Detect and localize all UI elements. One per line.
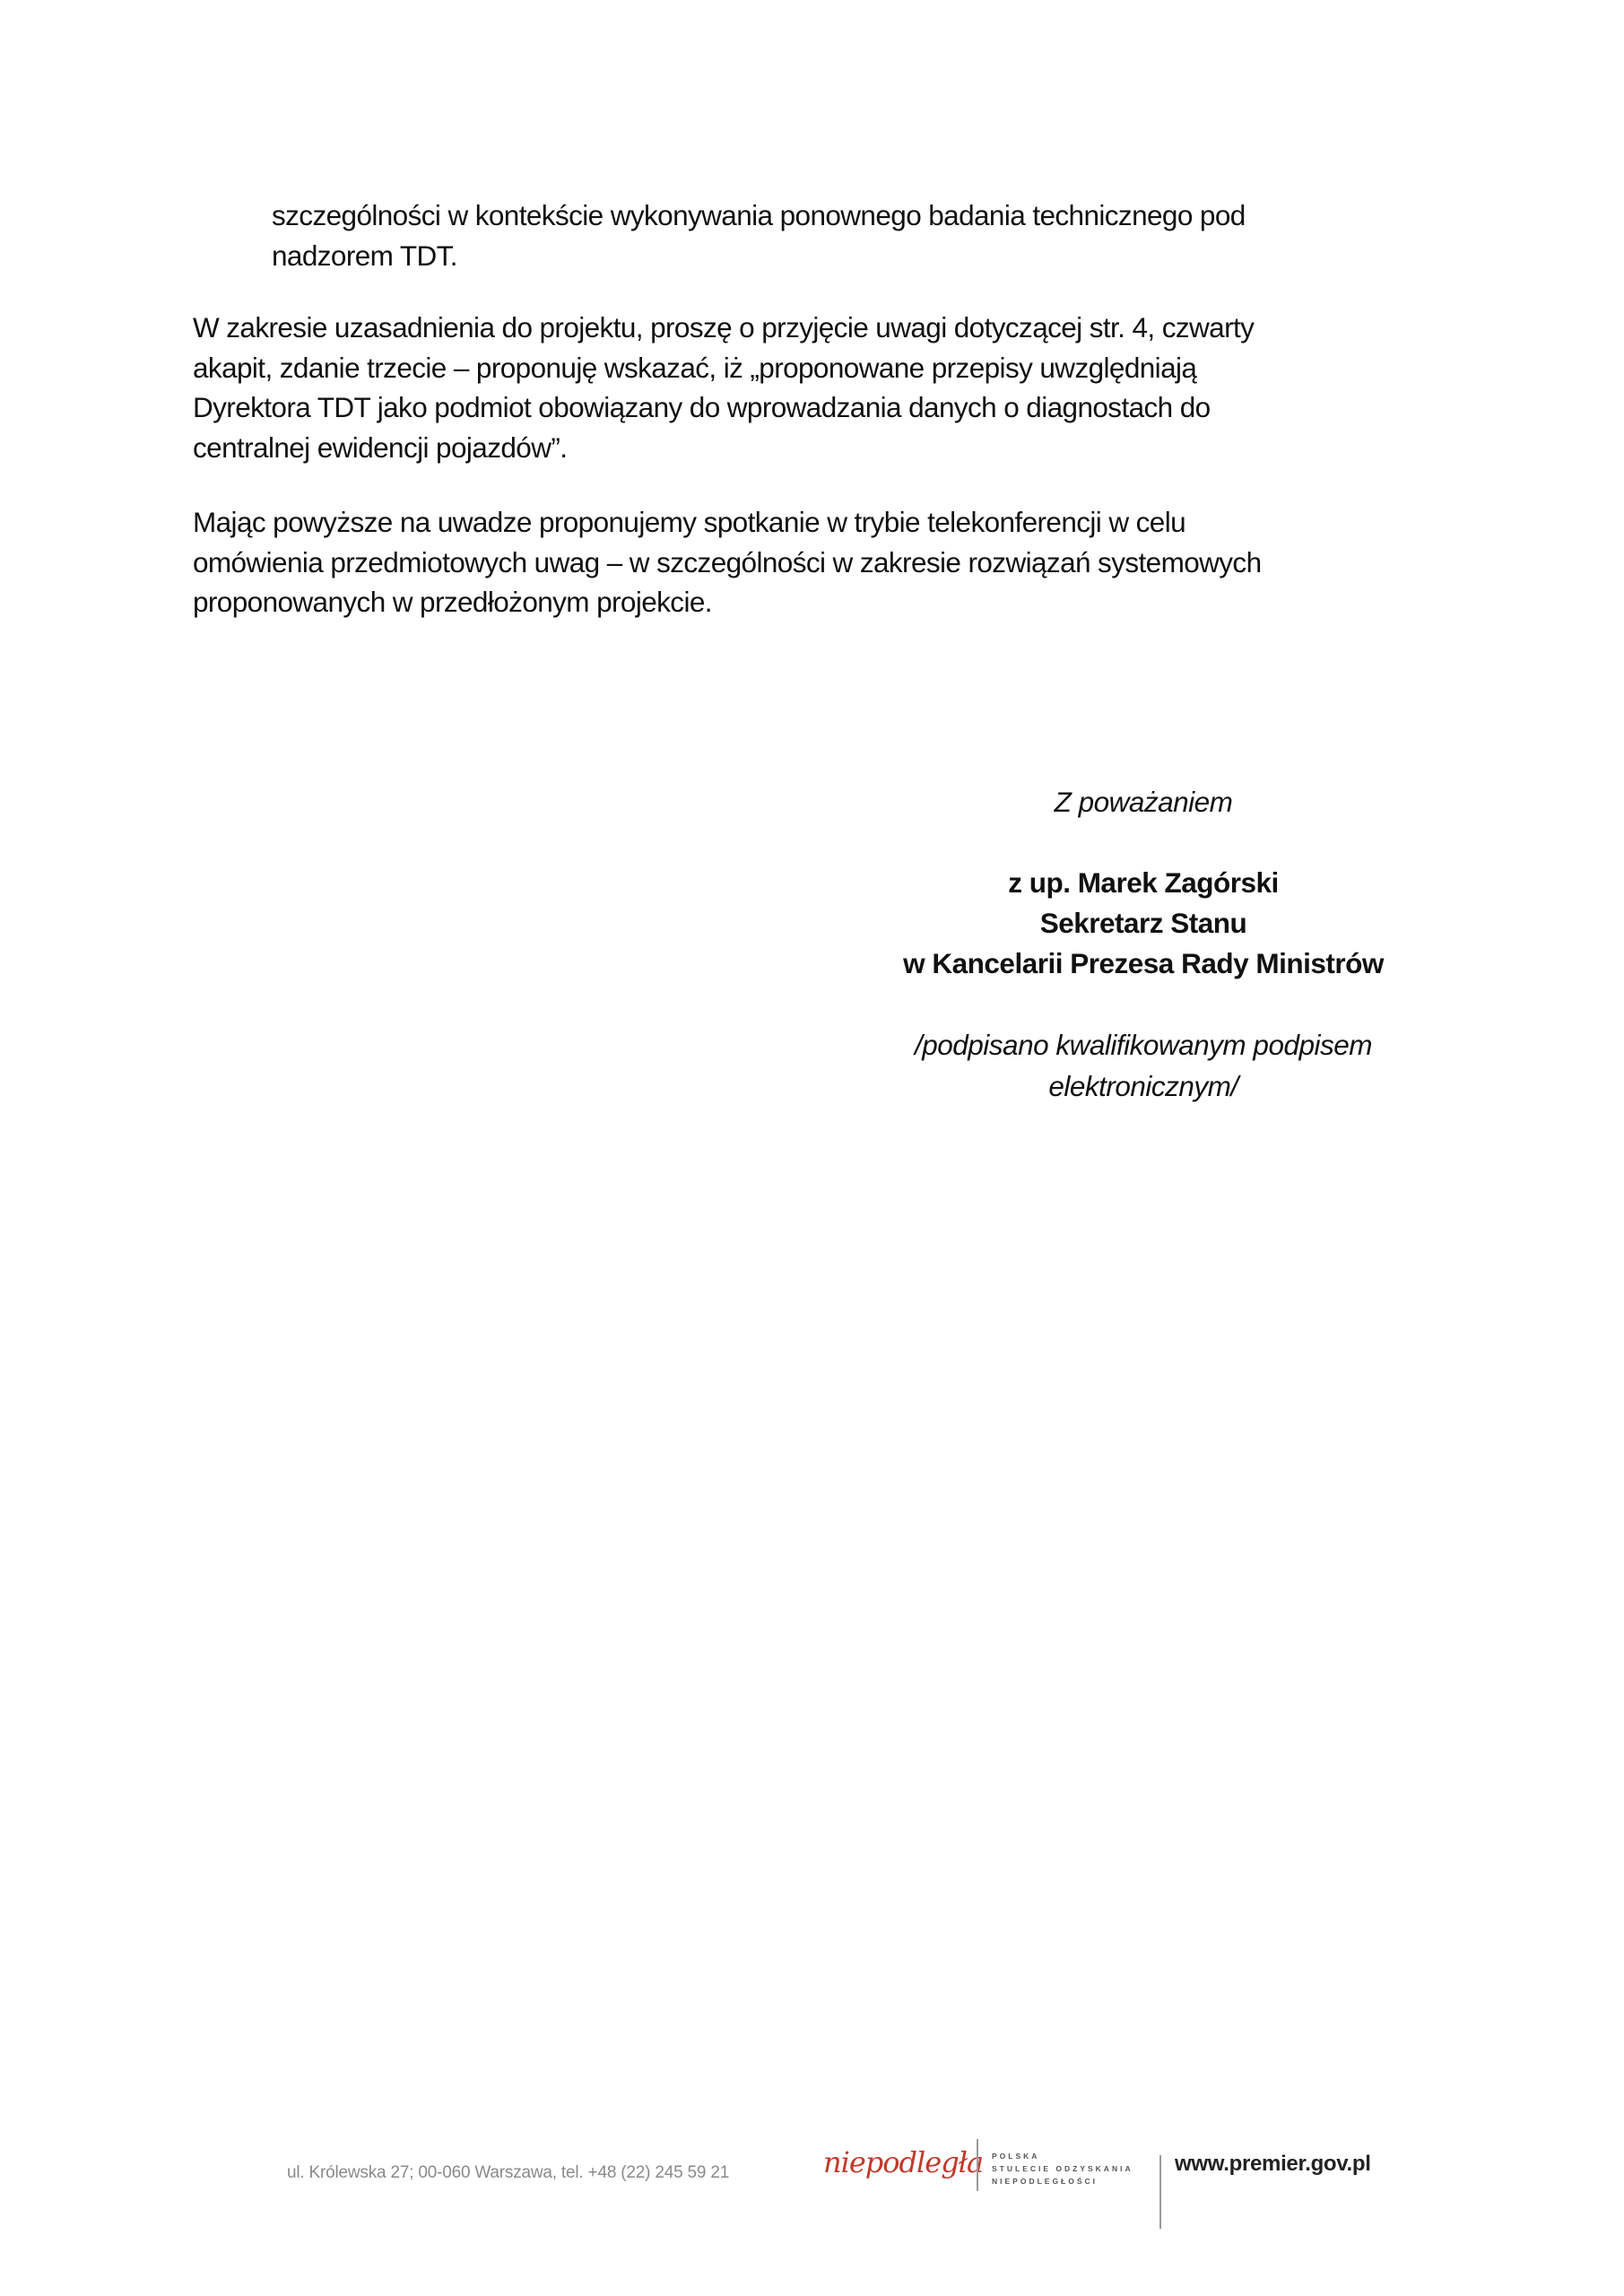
- centenary-line: STULECIE ODZYSKANIA: [992, 2162, 1133, 2175]
- paragraph-meeting: Mając powyższe na uwadze proponujemy spo…: [193, 502, 1262, 622]
- text-line: elektronicznym/: [861, 1065, 1426, 1107]
- signer-block: z up. Marek Zagórski Sekretarz Stanu w K…: [861, 863, 1426, 984]
- footer-divider: [977, 2139, 978, 2191]
- text-line: akapit, zdanie trzecie – proponuję wskaz…: [193, 348, 1254, 388]
- centenary-line: NIEPODLEGŁOŚCI: [992, 2175, 1133, 2187]
- niepodlegla-logo: niepodległa: [823, 2145, 983, 2179]
- text-line: proponowanych w przedłożonym projekcie.: [193, 582, 1262, 622]
- electronic-signature-note: /podpisano kwalifikowanym podpisem elekt…: [861, 1024, 1426, 1107]
- document-page: szczególności w kontekście wykonywania p…: [0, 0, 1624, 2296]
- closing-text: Z poważaniem: [861, 782, 1426, 822]
- closing-salutation: Z poważaniem: [861, 782, 1426, 822]
- text-line: omówienia przedmiotowych uwag – w szczeg…: [193, 543, 1262, 583]
- text-line: /podpisano kwalifikowanym podpisem: [861, 1024, 1426, 1065]
- text-line: Dyrektora TDT jako podmiot obowiązany do…: [193, 387, 1254, 428]
- paragraph-justification: W zakresie uzasadnienia do projektu, pro…: [193, 308, 1254, 467]
- signer-title: Sekretarz Stanu: [861, 903, 1426, 944]
- footer-divider: [1159, 2155, 1161, 2229]
- text-line: szczególności w kontekście wykonywania p…: [272, 196, 1246, 236]
- text-line: Mając powyższe na uwadze proponujemy spo…: [193, 502, 1262, 543]
- signer-office: w Kancelarii Prezesa Rady Ministrów: [861, 944, 1426, 984]
- centenary-label: POLSKA STULECIE ODZYSKANIA NIEPODLEGŁOŚC…: [992, 2150, 1133, 2187]
- website-link[interactable]: www.premier.gov.pl: [1175, 2152, 1371, 2177]
- text-line: centralnej ewidencji pojazdów”.: [193, 428, 1254, 468]
- paragraph-continuation: szczególności w kontekście wykonywania p…: [272, 196, 1246, 275]
- footer-address: ul. Królewska 27; 00-060 Warszawa, tel. …: [287, 2163, 729, 2183]
- text-line: nadzorem TDT.: [272, 236, 1246, 276]
- text-line: W zakresie uzasadnienia do projektu, pro…: [193, 308, 1254, 348]
- centenary-line: POLSKA: [992, 2150, 1133, 2162]
- signer-name: z up. Marek Zagórski: [861, 863, 1426, 903]
